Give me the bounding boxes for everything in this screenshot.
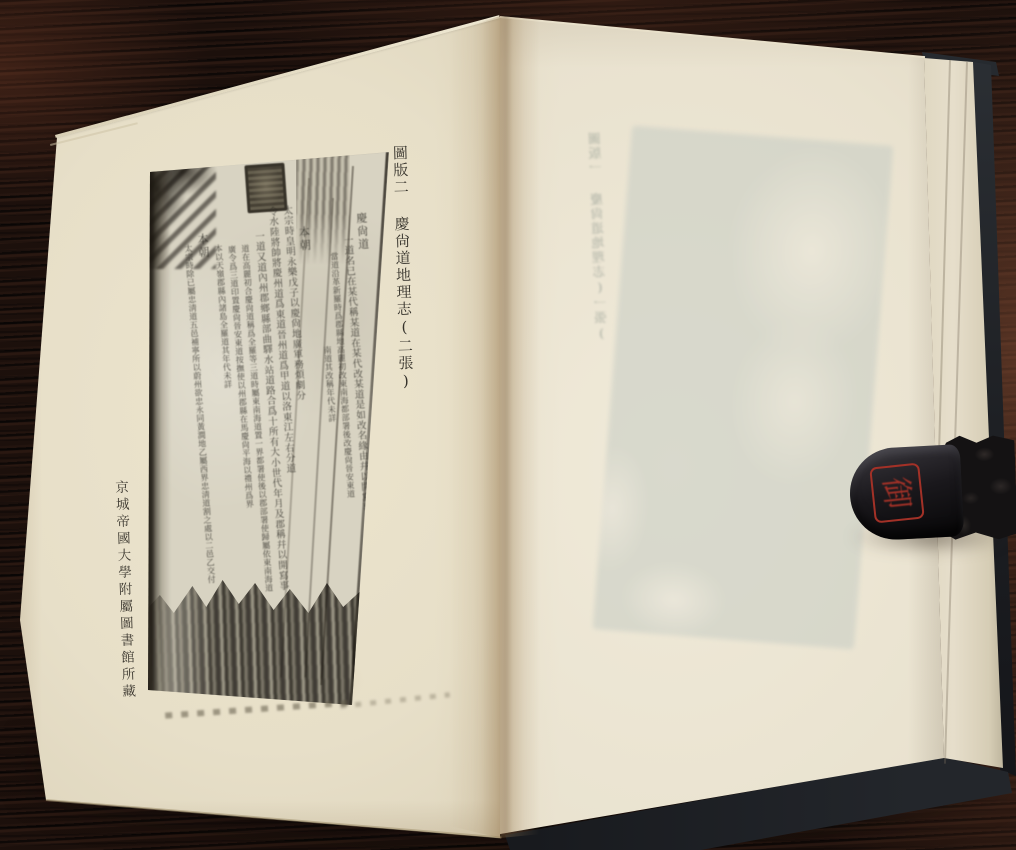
gutter-shading [450, 8, 562, 844]
red-seal-stamp: 御 [869, 463, 925, 524]
seal-character: 御 [879, 475, 914, 510]
photo-of-open-book: 圖版一 慶尙道地理志(一張) 慶尙道 一道名已在某代稱某道在某代改某道是如改名緣… [0, 0, 1016, 850]
seal-object: 御 [840, 425, 1016, 575]
